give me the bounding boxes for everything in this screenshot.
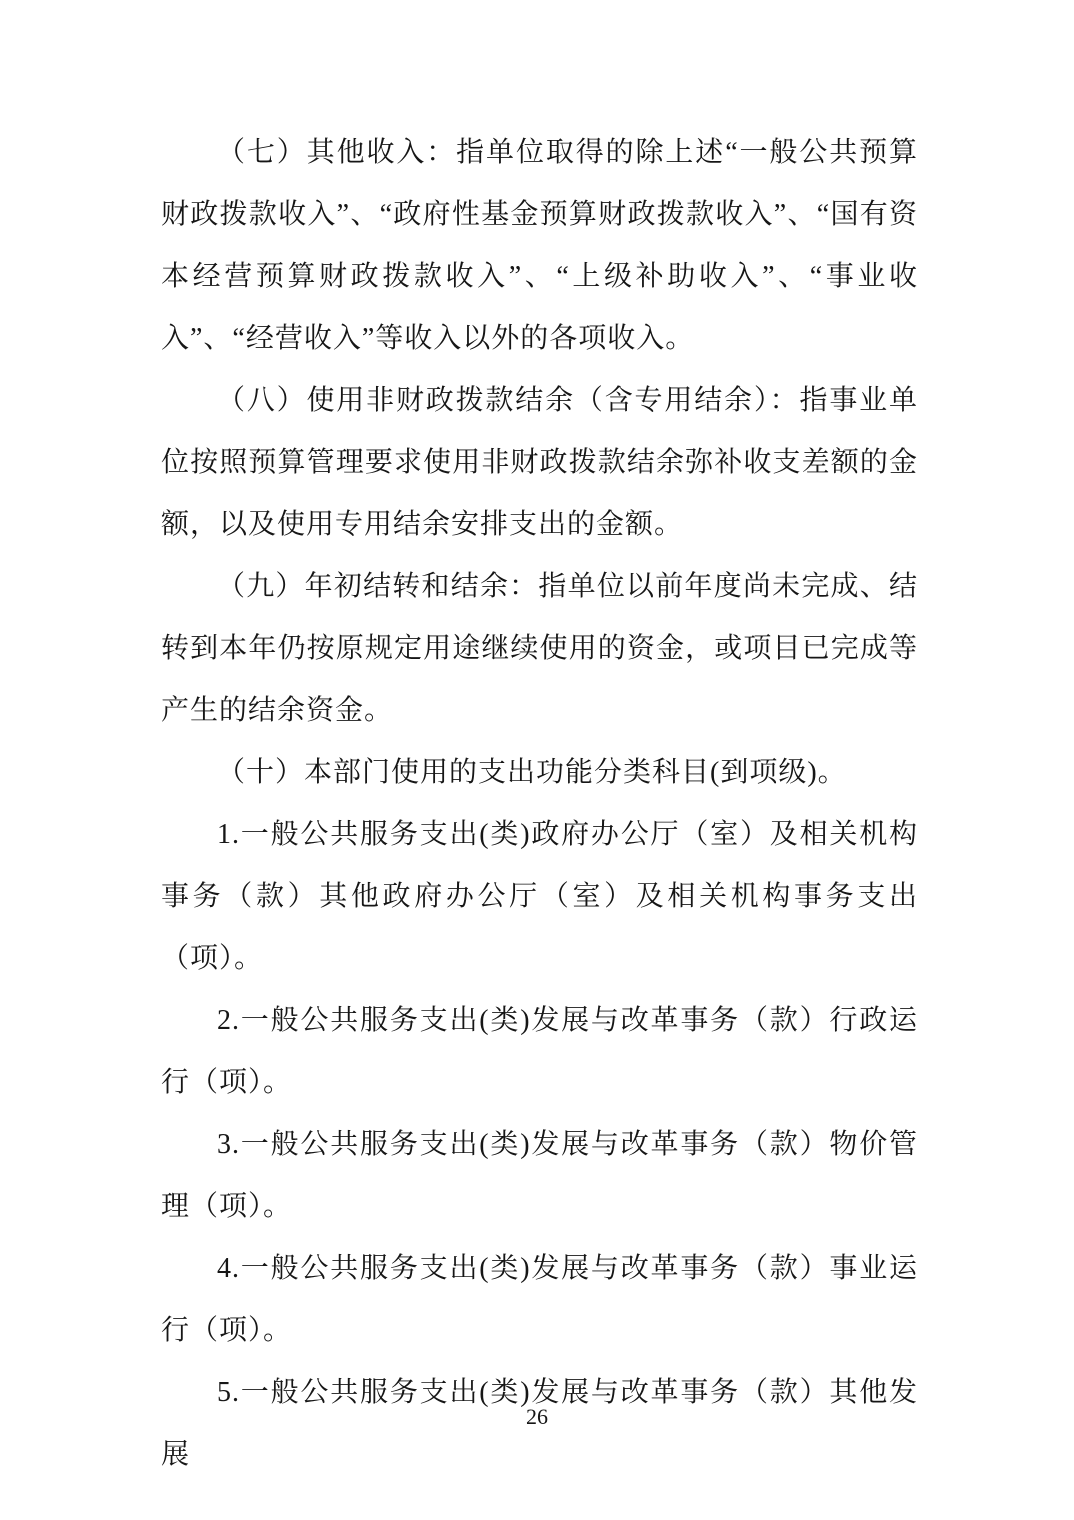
para-expenditure-item-3: 3.一般公共服务支出(类)发展与改革事务（款）物价管理（项）。 (161, 1114, 918, 1238)
para-expenditure-item-1: 1.一般公共服务支出(类)政府办公厅（室）及相关机构事务（款）其他政府办公厅（室… (161, 804, 918, 990)
document-body: （七）其他收入：指单位取得的除上述“一般公共预算财政拨款收入”、“政府性基金预算… (161, 122, 918, 1486)
para-non-fiscal-appropriation-balance: （八）使用非财政拨款结余（含专用结余）：指事业单位按照预算管理要求使用非财政拨款… (161, 370, 918, 556)
para-expenditure-function-categories-intro: （十）本部门使用的支出功能分类科目(到项级)。 (161, 742, 918, 804)
document-page: （七）其他收入：指单位取得的除上述“一般公共预算财政拨款收入”、“政府性基金预算… (0, 0, 1074, 1520)
para-other-income: （七）其他收入：指单位取得的除上述“一般公共预算财政拨款收入”、“政府性基金预算… (161, 122, 918, 370)
para-expenditure-item-4: 4.一般公共服务支出(类)发展与改革事务（款）事业运行（项）。 (161, 1238, 918, 1362)
para-expenditure-item-2: 2.一般公共服务支出(类)发展与改革事务（款）行政运行（项）。 (161, 990, 918, 1114)
page-number: 26 (0, 1402, 1074, 1432)
para-year-begin-carryover-balance: （九）年初结转和结余：指单位以前年度尚未完成、结转到本年仍按原规定用途继续使用的… (161, 556, 918, 742)
